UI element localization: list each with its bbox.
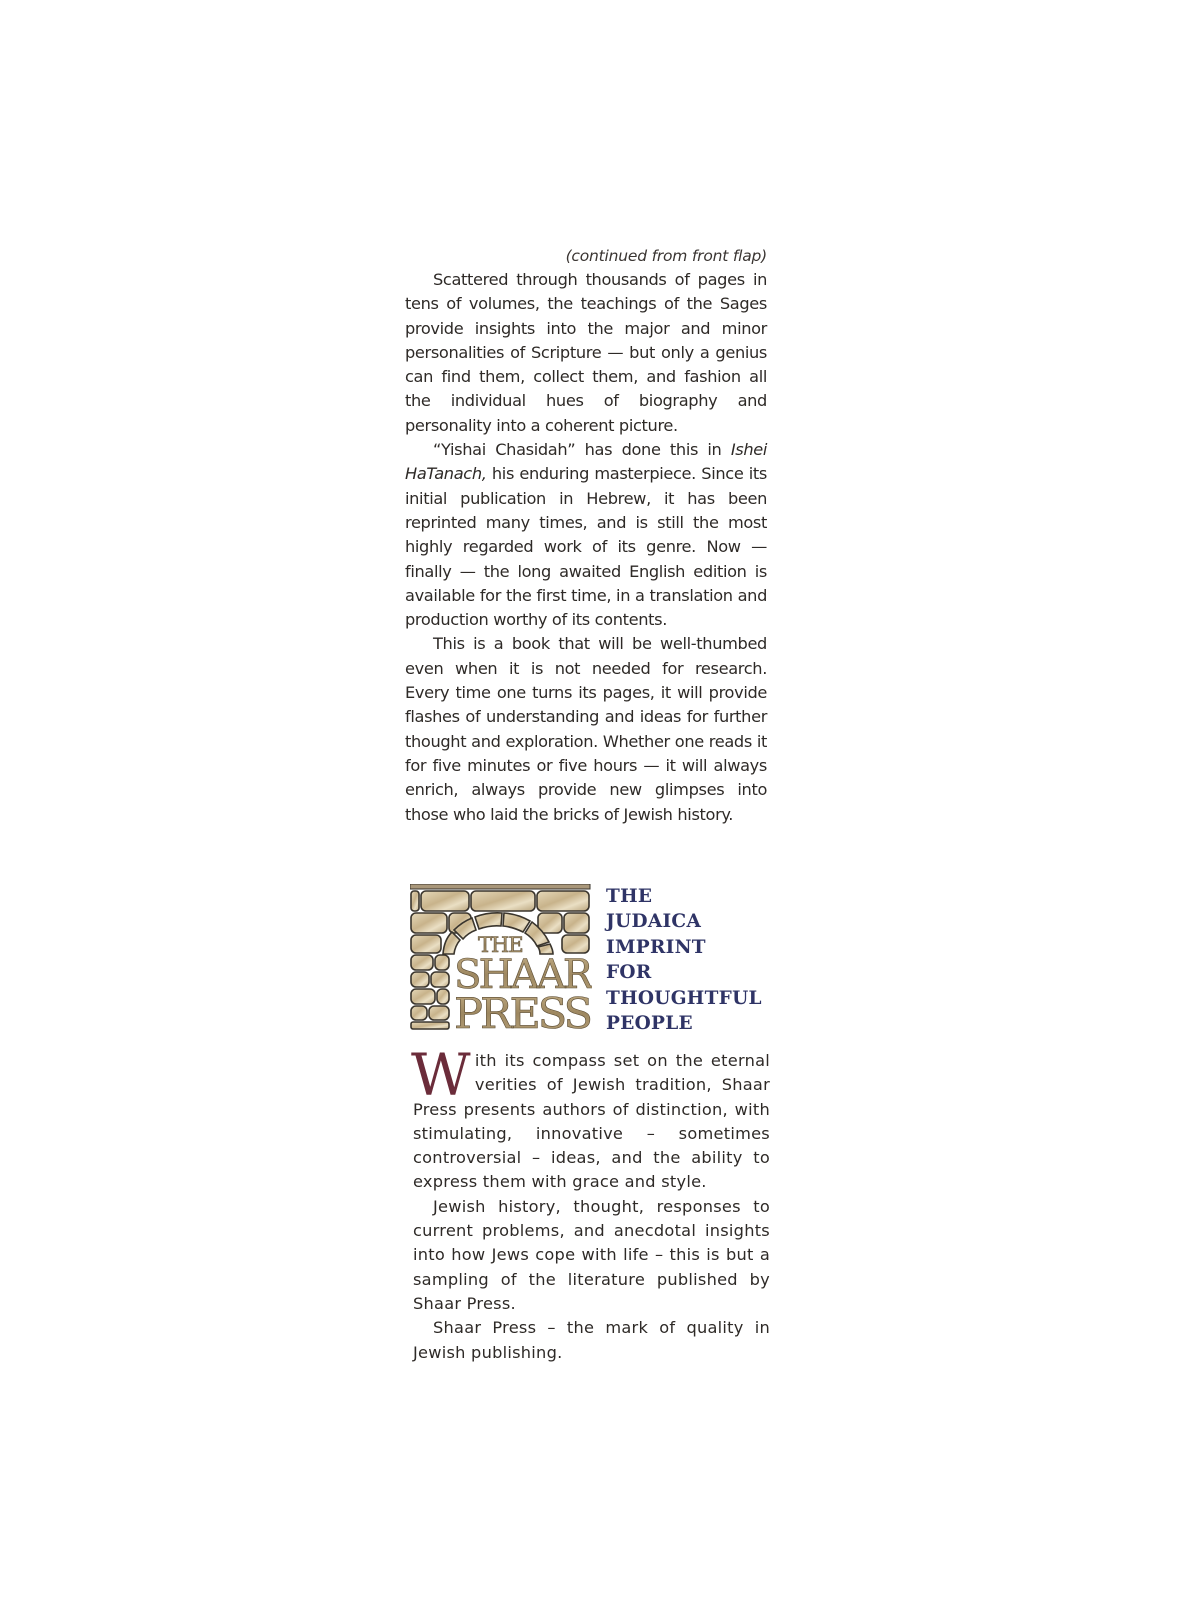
logo-text-press: PRESS	[454, 989, 590, 1030]
tagline-line-6: PEOPLE	[606, 1011, 762, 1036]
publisher-paragraph-2: Jewish history, thought, responses to cu…	[413, 1195, 770, 1316]
back-flap-description: (continued from front flap) Scattered th…	[405, 244, 767, 827]
shaar-press-logo: THE SHAAR PRESS	[410, 884, 592, 1030]
drop-cap: W	[411, 1052, 471, 1098]
description-paragraph-2: “Yishai Chasidah” has done this in Ishei…	[405, 438, 767, 632]
tagline-line-1: THE	[606, 884, 762, 909]
tagline-line-5: THOUGHTFUL	[606, 986, 762, 1011]
paragraph-2-lead: “Yishai Chasidah” has done this in	[433, 440, 731, 459]
publisher-description: With its compass set on the eternal veri…	[413, 1049, 770, 1365]
publisher-paragraph-3: Shaar Press – the mark of quality in Jew…	[413, 1316, 770, 1365]
publisher-paragraph-1: With its compass set on the eternal veri…	[413, 1049, 770, 1195]
tagline-line-4: FOR	[606, 960, 762, 985]
imprint-tagline: THE JUDAICA IMPRINT FOR THOUGHTFUL PEOPL…	[606, 884, 762, 1036]
continued-note: (continued from front flap)	[405, 244, 767, 268]
description-paragraph-3: This is a book that will be well-thumbed…	[405, 632, 767, 826]
description-paragraph-1: Scattered through thousands of pages in …	[405, 268, 767, 438]
tagline-line-2: JUDAICA	[606, 909, 762, 934]
tagline-line-3: IMPRINT	[606, 935, 762, 960]
publisher-imprint: THE SHAAR PRESS THE JUDAICA IMPRINT FOR …	[410, 884, 780, 1034]
paragraph-2-rest: his enduring masterpiece. Since its init…	[405, 464, 767, 629]
